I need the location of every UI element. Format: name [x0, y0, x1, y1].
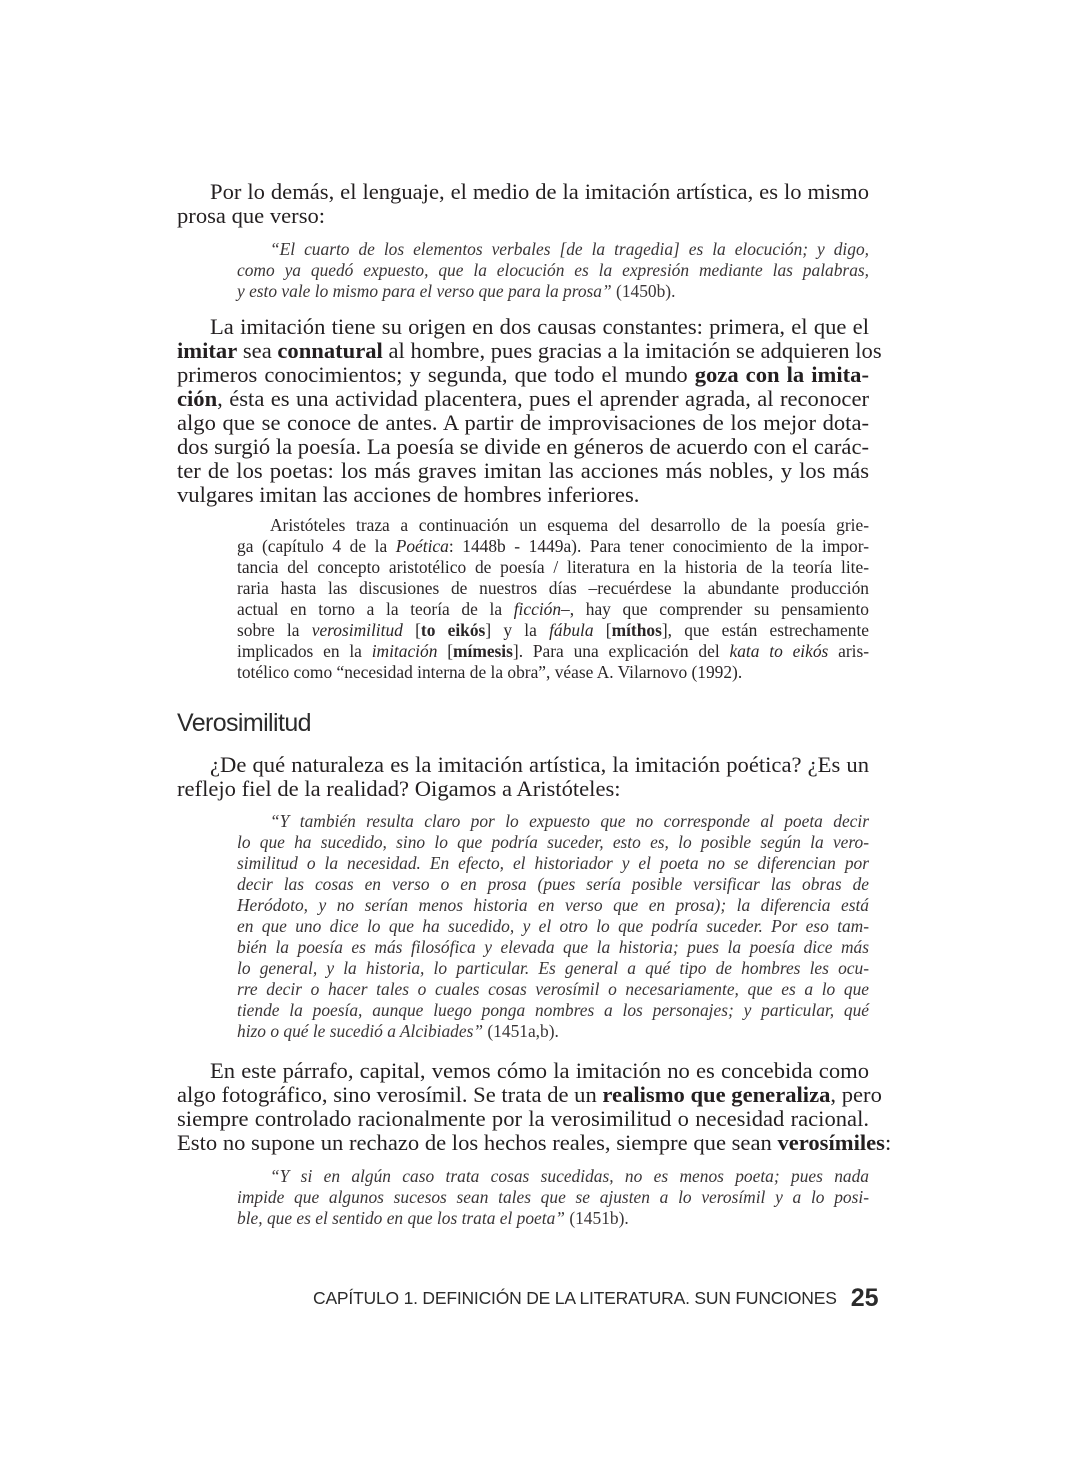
bold-term: verosímiles	[777, 1130, 885, 1155]
text-span: ] y la	[485, 620, 549, 640]
quote-line: en que uno dice lo que ha sucedido, y el…	[237, 916, 869, 937]
text-line: ¿De qué naturaleza es la imitación artís…	[210, 753, 869, 777]
quote-line: “Y si en algún caso trata cosas sucedida…	[270, 1166, 869, 1187]
text-span: algo fotográfico, sino verosímil. Se tra…	[177, 1082, 602, 1107]
note-line: Aristóteles traza a continuación un esqu…	[270, 515, 869, 536]
text-line: prosa que verso:	[177, 204, 325, 228]
text-line: Esto no supone un rechazo de los hechos …	[177, 1131, 869, 1155]
text-span: ga (capítulo 4 de la	[237, 536, 396, 556]
italic-term: verosimilitud	[312, 620, 403, 640]
bold-term: imitar	[177, 338, 237, 363]
text-span: , pero	[830, 1082, 881, 1107]
quote-line: lo que ha sucedido, sino lo que podría s…	[237, 832, 869, 853]
text-span: [	[403, 620, 421, 640]
quote-line: lo general, y la historia, lo particular…	[237, 958, 869, 979]
text-line: imitar sea connatural al hombre, pues gr…	[177, 339, 869, 363]
citation: (1451a,b).	[487, 1021, 558, 1041]
quote-line: similitud o la necesidad. En efecto, el …	[237, 853, 869, 874]
quote-line: rre decir o hacer tales o cuales cosas v…	[237, 979, 869, 1000]
text-line: reflejo fiel de la realidad? Oigamos a A…	[177, 777, 621, 801]
quote-line: impide que algunos sucesos sean tales qu…	[237, 1187, 869, 1208]
quote-line: bién la poesía es más filosófica y eleva…	[237, 937, 869, 958]
text-span: actual en torno a la teoría de la	[237, 599, 514, 619]
note-line: actual en torno a la teoría de la ficció…	[237, 599, 869, 620]
quote-line: “Y también resulta claro por lo expuesto…	[270, 811, 869, 832]
italic-term: ficción	[514, 599, 561, 619]
page-footer: CAPÍTULO 1. DEFINICIÓN DE LA LITERATURA.…	[313, 1284, 879, 1313]
text-span: implicados en la	[237, 641, 372, 661]
book-page: Por lo demás, el lenguaje, el medio de l…	[0, 0, 1080, 1466]
text-line: La imitación tiene su origen en dos caus…	[210, 315, 869, 339]
note-line: ga (capítulo 4 de la Poética: 1448b - 14…	[237, 536, 869, 557]
quote-line: y esto vale lo mismo para el verso que p…	[237, 281, 675, 302]
quote-line: Heródoto, y no serían menos historia en …	[237, 895, 869, 916]
text-span: , ésta es una actividad placentera, pues…	[217, 386, 869, 411]
bold-term: to eikós	[421, 620, 485, 640]
running-head: CAPÍTULO 1. DEFINICIÓN DE LA LITERATURA.…	[313, 1288, 837, 1308]
text-line: algo que se conoce de antes. A partir de…	[177, 411, 869, 435]
text-span: [	[594, 620, 612, 640]
text-span: primeros conocimientos; y segunda, que t…	[177, 362, 695, 387]
text-span: ], que están estrechamente	[662, 620, 869, 640]
citation: (1451b).	[569, 1208, 628, 1228]
text-span: Esto no supone un rechazo de los hechos …	[177, 1130, 777, 1155]
text-line: Por lo demás, el lenguaje, el medio de l…	[210, 180, 869, 204]
quote-text: y esto vale lo mismo para el verso que p…	[237, 281, 612, 301]
text-span: sea	[237, 338, 277, 363]
text-line: siempre controlado racionalmente por la …	[177, 1107, 869, 1131]
quote-line: decir las cosas en verso o en prosa (pue…	[237, 874, 869, 895]
text-span: sobre la	[237, 620, 312, 640]
page-number: 25	[851, 1284, 879, 1312]
text-span: aris-	[828, 641, 869, 661]
italic-term: Poética	[396, 536, 449, 556]
note-line: raria hasta las discusiones de nuestros …	[237, 578, 869, 599]
italic-term: fábula	[549, 620, 593, 640]
text-span: ]. Para una explicación del	[513, 641, 730, 661]
note-line: totélico como “necesidad interna de la o…	[237, 662, 742, 683]
text-line: ción, ésta es una actividad placentera, …	[177, 387, 869, 411]
citation: (1450b).	[616, 281, 675, 301]
note-line: tancia del concepto aristotélico de poes…	[237, 557, 869, 578]
text-line: En este párrafo, capital, vemos cómo la …	[210, 1059, 869, 1083]
bold-term: míthos	[612, 620, 662, 640]
quote-line: “El cuarto de los elementos verbales [de…	[270, 239, 869, 260]
text-line: dos surgió la poesía. La poesía se divid…	[177, 435, 869, 459]
quote-line: ble, que es el sentido en que los trata …	[237, 1208, 629, 1229]
bold-term: mímesis	[453, 641, 513, 661]
bold-term: connatural	[277, 338, 382, 363]
bold-term: ción	[177, 386, 217, 411]
text-span: [	[437, 641, 453, 661]
text-line: primeros conocimientos; y segunda, que t…	[177, 363, 869, 387]
section-heading: Verosimilitud	[177, 709, 311, 738]
note-line: implicados en la imitación [mímesis]. Pa…	[237, 641, 869, 662]
text-line: algo fotográfico, sino verosímil. Se tra…	[177, 1083, 869, 1107]
text-span: : 1448b - 1449a). Para tener conocimient…	[449, 536, 869, 556]
italic-term: kata to eikós	[730, 641, 829, 661]
text-line: vulgares imitan las acciones de hombres …	[177, 483, 639, 507]
text-line: ter de los poetas: los más graves imitan…	[177, 459, 869, 483]
italic-term: imitación	[372, 641, 438, 661]
quote-line: tiende la poesía, aunque luego ponga nom…	[237, 1000, 869, 1021]
quote-text: ble, que es el sentido en que los trata …	[237, 1208, 565, 1228]
quote-line: como ya quedó expuesto, que la elocución…	[237, 260, 869, 281]
note-line: sobre la verosimilitud [to eikós] y la f…	[237, 620, 869, 641]
bold-term: goza con la imita-	[695, 362, 869, 387]
text-span: –, hay que comprender su pensamiento	[561, 599, 869, 619]
quote-line: hizo o qué le sucedió a Alcibiades” (145…	[237, 1021, 559, 1042]
quote-text: hizo o qué le sucedió a Alcibiades”	[237, 1021, 483, 1041]
bold-term: realismo que generaliza	[602, 1082, 830, 1107]
text-span: al hombre, pues gracias a la imitación s…	[383, 338, 882, 363]
text-span: :	[885, 1130, 891, 1155]
